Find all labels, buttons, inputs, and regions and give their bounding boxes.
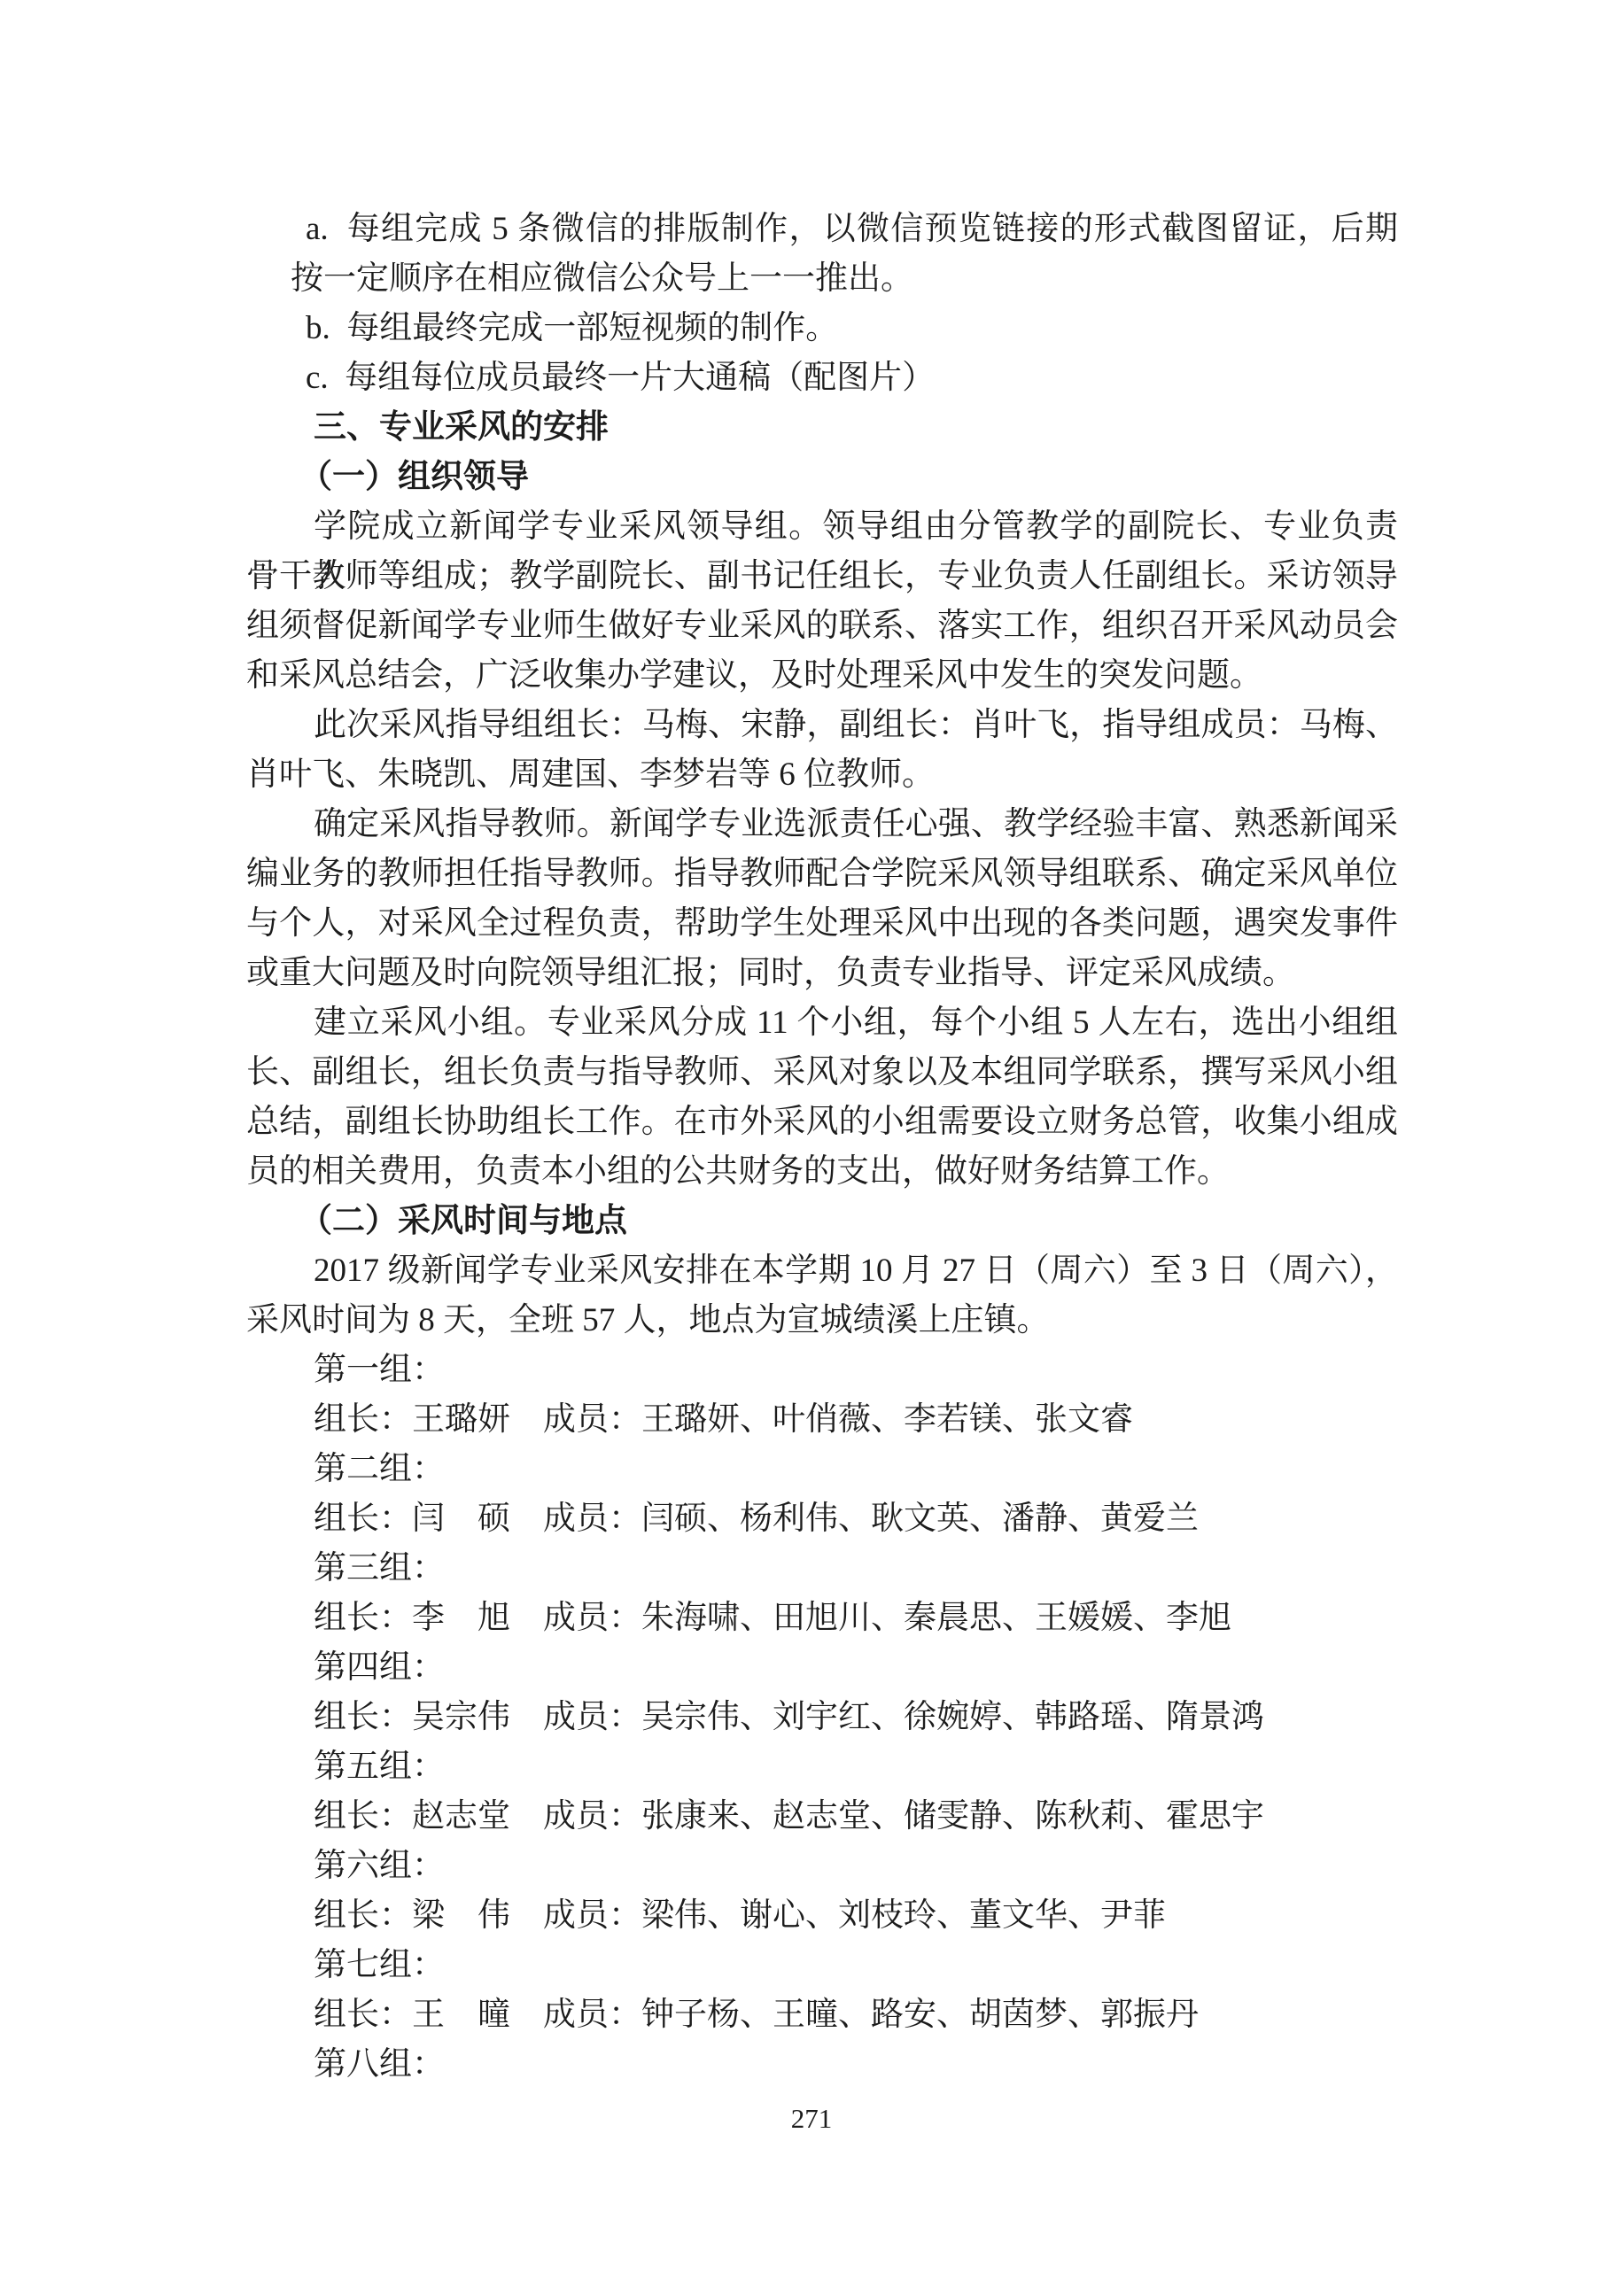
text-line: 编业务的教师担任指导教师。指导教师配合学院采风领导组联系、确定采风单位 [246, 849, 1398, 899]
text-line: （一）组织领导 [246, 453, 1398, 502]
text-line: 组长：吴宗伟 成员：吴宗伟、刘宇红、徐婉婷、韩路瑶、隋景鸿 [246, 1693, 1398, 1742]
text-line: 采风时间为 8 天，全班 57 人，地点为宣城绩溪上庄镇。 [246, 1296, 1398, 1346]
text-line: 或重大问题及时向院领导组汇报；同时，负责专业指导、评定采风成绩。 [246, 949, 1398, 998]
text-line: 员的相关费用，负责本小组的公共财务的支出，做好财务结算工作。 [246, 1147, 1398, 1197]
document-page: a. 每组完成 5 条微信的排版制作，以微信预览链接的形式截图留证，后期按一定顺… [0, 0, 1623, 2296]
text-line: 2017 级新闻学专业采风安排在本学期 10 月 27 日（周六）至 3 日（周… [246, 1246, 1398, 1296]
text-line: 第一组： [246, 1346, 1398, 1395]
text-line: 第五组： [246, 1742, 1398, 1792]
text-line: 第三组： [246, 1544, 1398, 1594]
text-line: 总结，副组长协助组长工作。在市外采风的小组需要设立财务总管，收集小组成 [246, 1098, 1398, 1147]
text-line: 和采风总结会，广泛收集办学建议，及时处理采风中发生的突发问题。 [246, 651, 1398, 701]
text-line: 组长：王 曈 成员：钟子杨、王曈、路安、胡茵梦、郭振丹 [246, 1990, 1398, 2040]
text-line: c. 每组每位成员最终一片大通稿（配图片） [246, 353, 1398, 403]
text-line: 组长：闫 硕 成员：闫硕、杨利伟、耿文英、潘静、黄爱兰 [246, 1494, 1398, 1544]
text-line: 按一定顺序在相应微信公众号上一一推出。 [246, 254, 1398, 304]
document-body: a. 每组完成 5 条微信的排版制作，以微信预览链接的形式截图留证，后期按一定顺… [246, 205, 1398, 2090]
text-line: 第二组： [246, 1445, 1398, 1494]
text-line: 肖叶飞、朱晓凯、周建国、李梦岩等 6 位教师。 [246, 750, 1398, 800]
text-line: 学院成立新闻学专业采风领导组。领导组由分管教学的副院长、专业负责人、 [246, 502, 1398, 552]
text-line: 组长：王璐妍 成员：王璐妍、叶俏薇、李若镁、张文睿 [246, 1395, 1398, 1445]
text-line: 三、专业采风的安排 [246, 403, 1398, 453]
text-line: b. 每组最终完成一部短视频的制作。 [246, 304, 1398, 353]
text-line: 第六组： [246, 1842, 1398, 1891]
text-line: 组长：李 旭 成员：朱海啸、田旭川、秦晨思、王媛媛、李旭 [246, 1594, 1398, 1643]
text-line: 组须督促新闻学专业师生做好专业采风的联系、落实工作，组织召开采风动员会 [246, 601, 1398, 651]
text-line: 与个人，对采风全过程负责，帮助学生处理采风中出现的各类问题，遇突发事件 [246, 899, 1398, 949]
page-number: 271 [0, 2101, 1623, 2137]
text-line: 第七组： [246, 1941, 1398, 1990]
text-line: a. 每组完成 5 条微信的排版制作，以微信预览链接的形式截图留证，后期 [246, 205, 1398, 254]
text-line: 第八组： [246, 2040, 1398, 2090]
text-line: 第四组： [246, 1643, 1398, 1693]
text-line: 建立采风小组。专业采风分成 11 个小组，每个小组 5 人左右，选出小组组 [246, 998, 1398, 1048]
text-line: 此次采风指导组组长：马梅、宋静，副组长：肖叶飞，指导组成员：马梅、 [246, 701, 1398, 750]
text-line: 确定采风指导教师。新闻学专业选派责任心强、教学经验丰富、熟悉新闻采 [246, 800, 1398, 849]
text-line: 骨干教师等组成；教学副院长、副书记任组长，专业负责人任副组长。采访领导 [246, 552, 1398, 601]
text-line: 长、副组长，组长负责与指导教师、采风对象以及本组同学联系，撰写采风小组 [246, 1048, 1398, 1098]
text-line: （二）采风时间与地点 [246, 1197, 1398, 1246]
text-line: 组长：梁 伟 成员：梁伟、谢心、刘枝玲、董文华、尹菲 [246, 1891, 1398, 1941]
text-line: 组长：赵志堂 成员：张康来、赵志堂、储雯静、陈秋莉、霍思宇 [246, 1792, 1398, 1842]
